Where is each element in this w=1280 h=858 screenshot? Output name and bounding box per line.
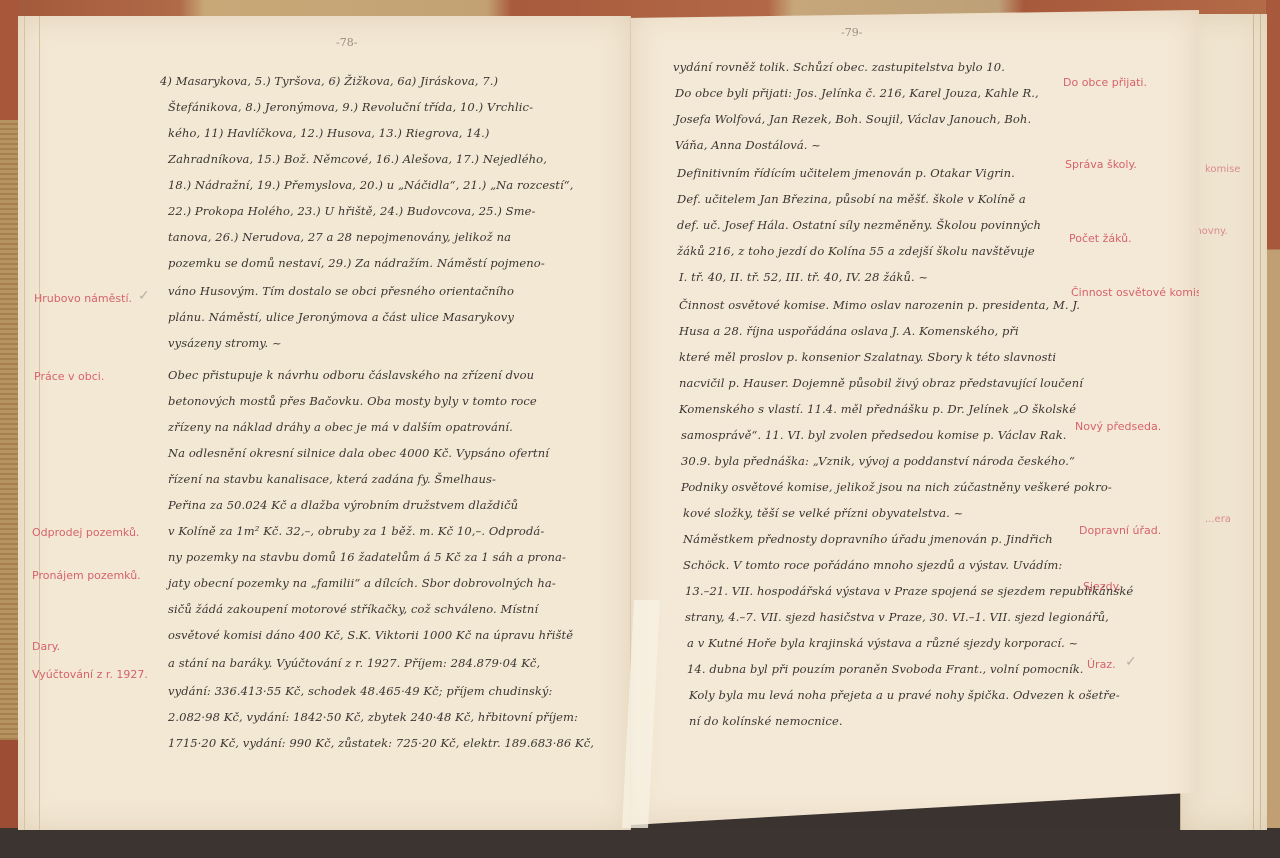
text-line: strany, 4.–7. VII. sjezd hasičstva v Pra…	[685, 610, 1109, 624]
text-line: Definitivním řídícím učitelem jmenován p…	[677, 166, 1015, 180]
text-line: Na odlesnění okresní silnice dala obec 4…	[168, 446, 549, 460]
background-surface	[0, 828, 1280, 858]
margin-note: Vyúčtování z r. 1927.	[32, 668, 148, 681]
text-line: vysázeny stromy. ~	[168, 336, 282, 350]
text-line: Def. učitelem Jan Březina, působí na měš…	[677, 192, 1026, 206]
text-line: 14. dubna byl při pouzím poraněn Svoboda…	[687, 662, 1084, 676]
text-line: Zahradníkova, 15.) Bož. Němcové, 16.) Al…	[168, 152, 547, 166]
text-line: def. uč. Josef Hála. Ostatní síly nezměn…	[677, 218, 1041, 232]
book-cover-right	[1266, 0, 1280, 832]
text-line: Koly byla mu levá noha přejeta a u pravé…	[689, 688, 1120, 702]
cover-corner	[0, 0, 18, 120]
text-line: ny pozemky na stavbu domů 16 žadatelům á…	[168, 550, 566, 564]
margin-note: Pronájem pozemků.	[32, 569, 141, 582]
margin-note: Hrubovo náměstí.	[34, 292, 132, 305]
text-line: plánu. Náměstí, ulice Jeronýmova a část …	[168, 310, 514, 324]
text-line: pozemku se domů nestaví, 29.) Za nádraží…	[168, 256, 545, 270]
text-line: Činnost osvětové komise. Mimo oslav naro…	[679, 298, 1080, 312]
page-number: -78-	[336, 36, 357, 49]
margin-note: Úraz.	[1087, 658, 1116, 671]
page-number: -79-	[841, 26, 862, 39]
text-line: Podniky osvětové komise, jelikož jsou na…	[681, 480, 1112, 494]
text-line: vydání rovněž tolik. Schůzí obec. zastup…	[673, 60, 1005, 74]
margin-note-fragment: komise	[1205, 164, 1240, 175]
text-line: osvětové komisi dáno 400 Kč, S.K. Viktor…	[168, 628, 573, 642]
text-line: zřízeny na náklad dráhy a obec je má v d…	[168, 420, 513, 434]
left-page: -78- Hrubovo náměstí. ✓ Práce v obci. Od…	[18, 16, 631, 830]
text-line: Josefa Wolfová, Jan Rezek, Boh. Soujil, …	[675, 112, 1031, 126]
margin-note: Dopravní úřad.	[1079, 524, 1161, 537]
text-line: tanova, 26.) Nerudova, 27 a 28 nepojmeno…	[168, 230, 511, 244]
text-line: kého, 11) Havlíčkova, 12.) Husova, 13.) …	[168, 126, 489, 140]
cover-corner	[0, 740, 18, 832]
text-line: Váňa, Anna Dostálová. ~	[675, 138, 821, 152]
text-line: ní do kolínské nemocnice.	[689, 714, 843, 728]
text-line: Náměstkem přednosty dopravního úřadu jme…	[683, 532, 1053, 546]
text-line: betonových mostů přes Bačovku. Oba mosty…	[168, 394, 537, 408]
checkmark-icon: ✓	[1125, 654, 1137, 670]
text-line: 13.–21. VII. hospodářská výstava v Praze…	[685, 584, 1133, 598]
margin-note: Nový předseda.	[1075, 420, 1161, 433]
text-line: Štefánikova, 8.) Jeronýmova, 9.) Revoluč…	[168, 100, 533, 114]
text-line: 4) Masarykova, 5.) Tyršova, 6) Žižkova, …	[160, 74, 498, 88]
text-line: 22.) Prokopa Holého, 23.) U hřiště, 24.)…	[168, 204, 536, 218]
checkmark-icon: ✓	[138, 288, 150, 304]
text-line: a v Kutné Hoře byla krajinská výstava a …	[687, 636, 1078, 650]
text-line: v Kolíně za 1m² Kč. 32,–, obruby za 1 bě…	[168, 524, 544, 538]
margin-note: Počet žáků.	[1069, 232, 1132, 245]
text-line: žáků 216, z toho jezdí do Kolína 55 a zd…	[677, 244, 1035, 258]
text-line: a stání na baráky. Vyúčtování z r. 1927.…	[168, 656, 540, 670]
text-line: řízení na stavbu kanalisace, která zadán…	[168, 472, 496, 486]
text-line: Husa a 28. října uspořádána oslava J. A.…	[679, 324, 1019, 338]
book-cover-left	[0, 0, 18, 832]
text-line: Peřina za 50.024 Kč a dlažba výrobním dr…	[168, 498, 518, 512]
margin-note-fragment: ...era	[1205, 514, 1231, 525]
text-line: nacvičil p. Hauser. Dojemně působil živý…	[679, 376, 1083, 390]
text-line: Obec přistupuje k návrhu odboru čáslavsk…	[168, 368, 534, 382]
text-line: 18.) Nádražní, 19.) Přemyslova, 20.) u „…	[168, 178, 573, 192]
margin-note: Odprodej pozemků.	[32, 526, 139, 539]
text-line: váno Husovým. Tím dostalo se obci přesné…	[168, 284, 514, 298]
right-page: -79- Do obce přijati. Správa školy. Poče…	[630, 10, 1199, 825]
text-line: 30.9. byla přednáška: „Vznik, vývoj a po…	[681, 454, 1075, 468]
text-line: jaty obecní pozemky na „familii“ a dílcí…	[168, 576, 556, 590]
margin-note: Dary.	[32, 640, 60, 653]
text-line: I. tř. 40, II. tř. 52, III. tř. 40, IV. …	[679, 270, 928, 284]
text-line: Komenského s vlastí. 11.4. měl přednášku…	[679, 402, 1076, 416]
text-line: 2.082·98 Kč, vydání: 1842·50 Kč, zbytek …	[168, 710, 578, 724]
text-line: sičů žádá zakoupení motorové stříkačky, …	[168, 602, 538, 616]
text-line: Schöck. V tomto roce pořádáno mnoho sjez…	[683, 558, 1062, 572]
margin-note: Činnost osvětové komise.	[1071, 286, 1212, 299]
margin-note: Správa školy.	[1065, 158, 1137, 171]
margin-note: Do obce přijati.	[1063, 76, 1147, 89]
text-line: 1715·20 Kč, vydání: 990 Kč, zůstatek: 72…	[168, 736, 594, 750]
text-line: vydání: 336.413·55 Kč, schodek 48.465·49…	[168, 684, 553, 698]
text-line: kové složky, těší se velké přízni obyvat…	[683, 506, 963, 520]
text-line: které měl proslov p. konsenior Szalatnay…	[679, 350, 1056, 364]
margin-note: Práce v obci.	[34, 370, 104, 383]
text-line: Do obce byli přijati: Jos. Jelínka č. 21…	[675, 86, 1039, 100]
text-line: samosprávě“. 11. VI. byl zvolen předsedo…	[681, 428, 1067, 442]
